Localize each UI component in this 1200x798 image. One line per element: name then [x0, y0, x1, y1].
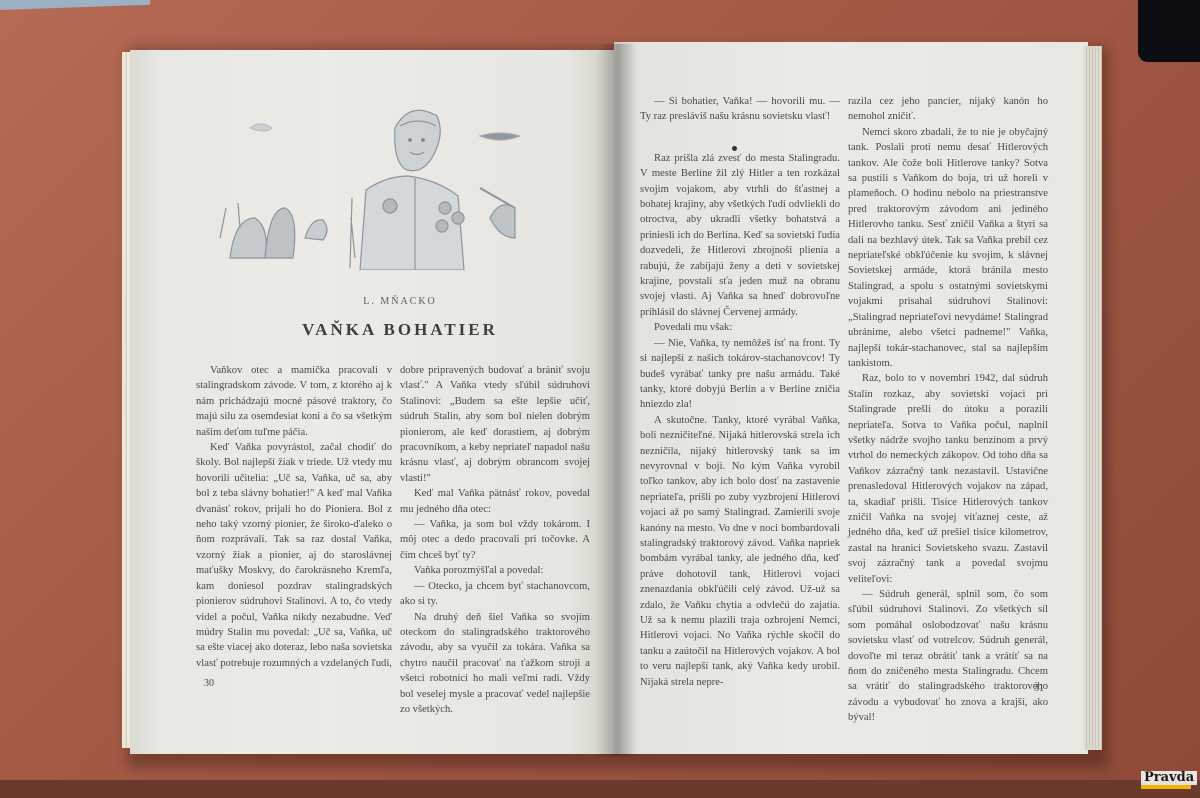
book-spine: [596, 44, 636, 756]
article-title: VAŇKA BOHATIER: [200, 320, 600, 340]
right-page-stack-edge: [1084, 46, 1102, 750]
page-number-left: 30: [204, 678, 214, 689]
paragraph: Povedali mu však:: [640, 320, 840, 335]
paragraph: Vaňka porozmýšľal a povedal:: [400, 563, 590, 578]
right-page-column-1: — Si bohatier, Vaňka! — hovorili mu. — T…: [640, 94, 840, 690]
paragraph: razila cez jeho pancier, nijaký kanón ho…: [848, 94, 1048, 125]
right-page-column-2: razila cez jeho pancier, nijaký kanón ho…: [848, 94, 1048, 726]
paragraph: Nemci skoro zbadali, že to nie je obyčaj…: [848, 125, 1048, 372]
paragraph: Na druhý deň šiel Vaňka so svojím otecko…: [400, 610, 590, 718]
paragraph: — Súdruh generál, splnil som, čo som sľú…: [848, 587, 1048, 726]
paragraph: Keď mal Vaňka pätnásť rokov, povedal mu …: [400, 486, 590, 517]
left-page-column-2: dobre pripravených budovať a brániť svoj…: [400, 363, 590, 717]
watermark-underline: [1141, 785, 1191, 789]
page-number-right: 31: [1034, 683, 1044, 694]
phone-corner: [1138, 0, 1200, 62]
section-divider-dot: [732, 146, 737, 151]
paragraph: — Nie, Vaňka, ty nemôžeš ísť na front. T…: [640, 336, 840, 413]
left-page-column-1: Vaňkov otec a mamička pracovali v stalin…: [196, 363, 392, 671]
background-object-top: [0, 0, 150, 10]
paragraph: Vaňkov otec a mamička pracovali v stalin…: [196, 363, 392, 440]
paragraph: Raz, bolo to v novembri 1942, dal súdruh…: [848, 371, 1048, 587]
paragraph: dobre pripravených budovať a brániť svoj…: [400, 363, 590, 486]
illustration-tank-soldier: [210, 88, 520, 270]
paragraph: Raz prišla zlá zvesť do mesta Stalingrad…: [640, 151, 840, 320]
watermark-logo: Pravda: [1141, 771, 1197, 785]
paragraph: — Otecko, ja chcem byť stachanovcom, ako…: [400, 579, 590, 610]
paragraph: Keď Vaňka povyrástol, začal chodiť do šk…: [196, 440, 392, 671]
article-author: L. MŇACKO: [200, 296, 600, 307]
paragraph: — Vaňka, ja som bol vždy tokárom. I môj …: [400, 517, 590, 563]
paragraph: A skutočne. Tanky, ktoré vyrábal Vaňka, …: [640, 413, 840, 690]
table-edge: [0, 780, 1200, 798]
paragraph: — Si bohatier, Vaňka! — hovorili mu. — T…: [640, 94, 840, 125]
